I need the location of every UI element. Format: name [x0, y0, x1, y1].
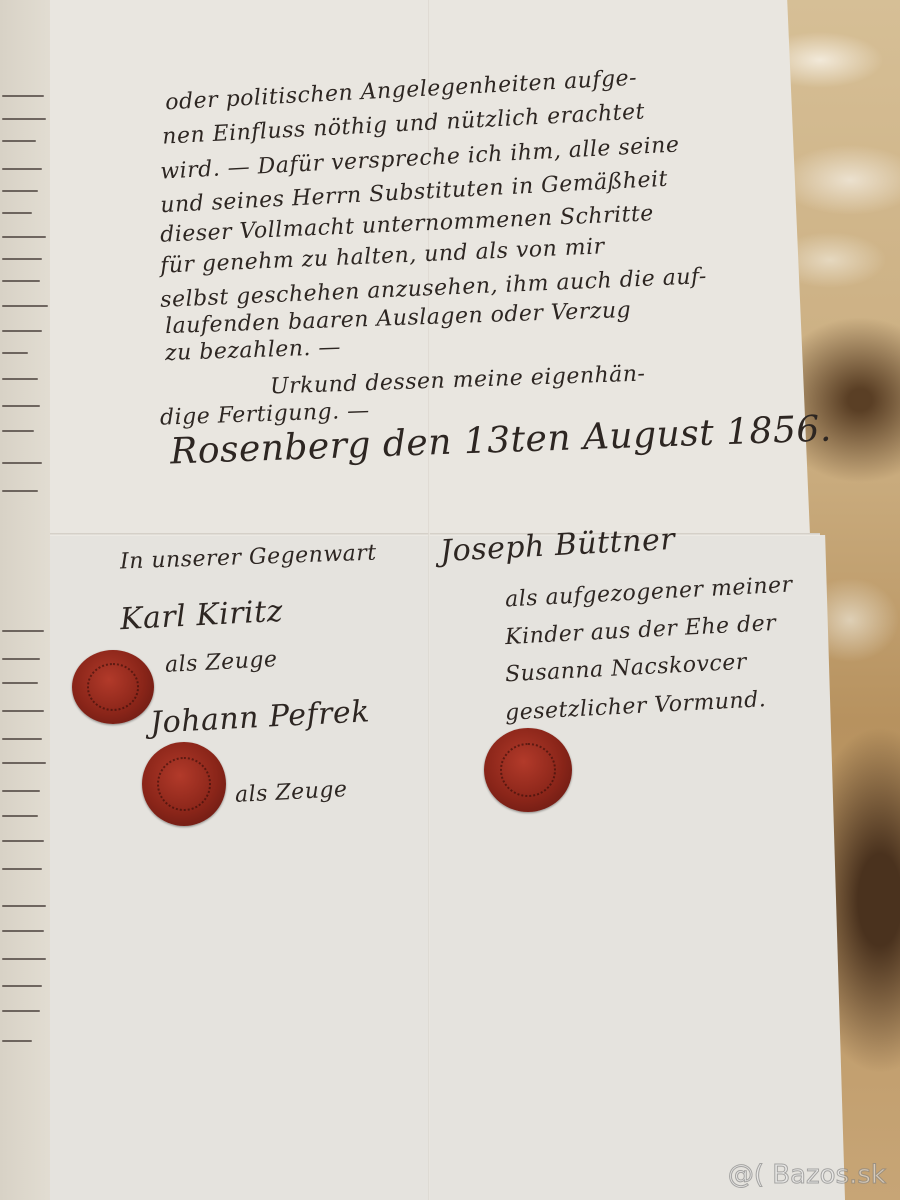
wax-seal-1: [72, 650, 154, 724]
wax-seal-2: [142, 742, 226, 826]
photo-scene: oder politischen Angelegenheiten aufge- …: [0, 0, 900, 1200]
wax-seal-3: [484, 728, 572, 812]
bazos-watermark: @( Bazos.sk: [728, 1160, 886, 1190]
underlying-page-strip: [0, 0, 53, 1200]
horizontal-fold-crease: [50, 533, 820, 536]
